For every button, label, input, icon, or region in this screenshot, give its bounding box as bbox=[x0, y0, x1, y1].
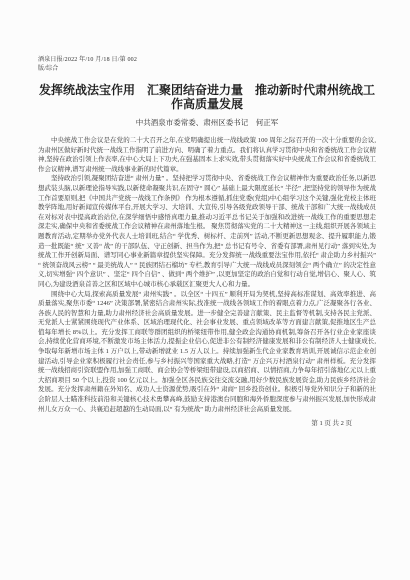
article-body: 中央统战工作会议是在党的二十大召开之年,在党明确提出统一战线政策 100 周年之… bbox=[38, 136, 376, 414]
page-content: 酒泉日报/2022 年/10 月/18 日/第 002 版/综合 发挥统战法宝作… bbox=[38, 56, 376, 428]
article-paragraph-3: 围绕中心大局,探索高质量发展“ 肃州实践” 。以全区“ 十四五” 顺利开局为契机… bbox=[38, 290, 376, 415]
page-number: 第 1 页 共 2 页 bbox=[38, 419, 376, 428]
article-byline: 中共酒泉市委常委、肃州区委书记 何正军 bbox=[38, 118, 376, 127]
article-paragraph-1: 中央统战工作会议是在党的二十大召开之年,在党明确提出统一战线政策 100 周年之… bbox=[38, 136, 376, 174]
source-header: 酒泉日报/2022 年/10 月/18 日/第 002 版/综合 bbox=[38, 56, 376, 73]
source-header-line1: 酒泉日报/2022 年/10 月/18 日/第 002 bbox=[38, 56, 376, 65]
article-title: 发挥统战法宝作用 汇聚团结奋进力量 推动新时代肃州统战工作高质量发展 bbox=[38, 84, 376, 111]
document-page: 酒泉日报/2022 年/10 月/18 日/第 002 版/综合 发挥统战法宝作… bbox=[0, 0, 410, 580]
article-paragraph-2: 坚持政治引领,凝聚团结奋进“ 肃州力量” 。坚持把学习贯彻中央、省委统战工作会议… bbox=[38, 174, 376, 289]
source-header-line2: 版/综合 bbox=[38, 65, 376, 74]
